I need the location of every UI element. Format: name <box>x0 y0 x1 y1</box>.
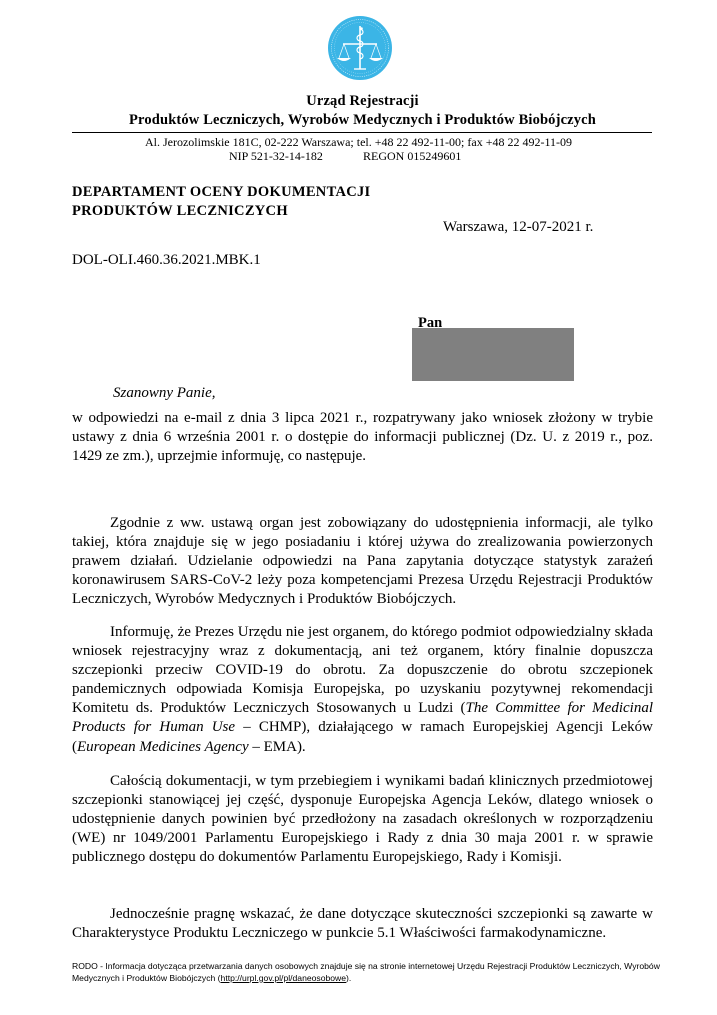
body-paragraph-intro: w odpowiedzi na e-mail z dnia 3 lipca 20… <box>72 409 653 466</box>
nip-number: NIP 521-32-14-182 <box>229 149 323 163</box>
letter-page: Urząd Rejestracji Produktów Leczniczych,… <box>0 0 717 1015</box>
footer-text-end: ). <box>346 973 351 983</box>
gdpr-footer-note: RODO - Informacja dotycząca przetwarzani… <box>72 961 662 984</box>
redacted-recipient-address <box>412 328 574 381</box>
institution-name-line1: Urząd Rejestracji <box>4 92 717 110</box>
caduceus-scales-emblem-icon <box>327 15 393 81</box>
department-line1: DEPARTAMENT OCENY DOKUMENTACJI <box>72 183 371 202</box>
salutation: Szanowny Panie, <box>113 384 216 402</box>
reference-number: DOL-OLI.460.36.2021.MBK.1 <box>72 251 261 269</box>
institution-name-line2: Produktów Leczniczych, Wyrobów Medycznyc… <box>4 111 717 129</box>
department-line2: PRODUKTÓW LECZNICZYCH <box>72 202 371 221</box>
place-and-date: Warszawa, 12-07-2021 r. <box>443 218 593 236</box>
footer-text: RODO - Informacja dotycząca przetwarzani… <box>72 961 660 983</box>
p2-text-3: – EMA). <box>249 739 306 755</box>
body-paragraph-4: Jednocześnie pragnę wskazać, że dane dot… <box>72 905 653 943</box>
body-paragraph-3: Całością dokumentacji, w tym przebiegiem… <box>72 772 653 867</box>
institution-address: Al. Jerozolimskie 181C, 02-222 Warszawa;… <box>0 135 717 149</box>
p2-italic-ema: European Medicines Agency <box>77 739 249 755</box>
privacy-policy-link[interactable]: http://urpl.gov.pl/pl/daneosobowe <box>221 973 347 983</box>
header-divider <box>72 132 652 133</box>
body-paragraph-1: Zgodnie z ww. ustawą organ jest zobowiąz… <box>72 514 653 609</box>
regon-number: REGON 015249601 <box>363 149 461 163</box>
department-name: DEPARTAMENT OCENY DOKUMENTACJI PRODUKTÓW… <box>72 183 371 221</box>
body-paragraph-2: Informuję, że Prezes Urzędu nie jest org… <box>72 623 653 757</box>
